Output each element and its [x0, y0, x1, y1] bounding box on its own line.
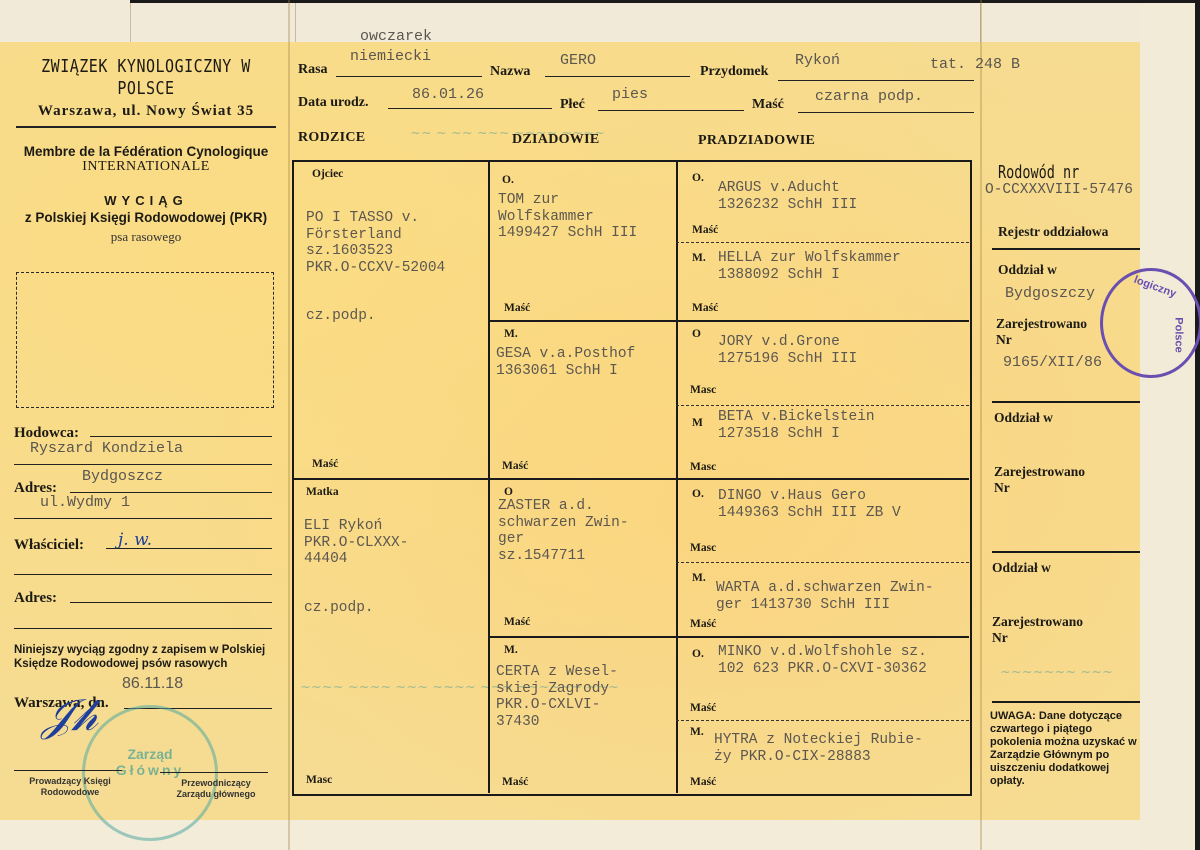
field-line	[106, 548, 272, 549]
color-label: Maść	[690, 702, 716, 714]
divider	[992, 551, 1140, 553]
field-line	[778, 80, 974, 81]
color-value: czarna podp.	[815, 88, 923, 105]
pedigree-cell-dam-sire: O ZASTER a.d. schwarzen Zwin- ger sz.154…	[490, 478, 676, 636]
cell-label: Ojciec	[312, 168, 343, 180]
color-label: Maść	[692, 224, 718, 236]
cell-label: O.	[692, 648, 704, 660]
pedigree-cell-dss: O. DINGO v.Haus Gero 1449363 SchH III ZB…	[678, 480, 969, 562]
color-label: Maść	[752, 97, 784, 113]
branch1-value: Bydgoszczy	[1005, 285, 1095, 302]
great-grandparent-name: ARGUS v.Aducht 1326232 SchH III	[718, 180, 857, 213]
pedigree-cell-sire: Ojciec PO I TASSO v. Försterland sz.1603…	[294, 162, 488, 478]
dam-name: ELI Rykoń PKR.O-CLXXX- 44404	[304, 518, 408, 568]
cell-label: M.	[504, 644, 518, 656]
registered3-label: Zarejestrowano	[992, 614, 1083, 630]
faint-handwriting: ~~~~~~~ ~~~	[1000, 665, 1113, 680]
pedigree-table: Ojciec PO I TASSO v. Försterland sz.1603…	[292, 160, 972, 796]
cell-label: M	[692, 417, 703, 429]
nr1-value: 9165/XII/86	[1003, 354, 1102, 371]
divider	[992, 401, 1140, 403]
pedigree-cell-ssd: M. HELLA zur Wolfskammer 1388092 SchH I …	[678, 242, 969, 320]
great-grandparent-name: WARTA a.d.schwarzen Zwin- ger 1413730 Sc…	[716, 580, 934, 613]
field-line	[14, 628, 272, 629]
kennel-value: Rykoń	[795, 52, 840, 69]
nr3-label: Nr	[992, 630, 1008, 646]
registered2-label: Zarejestrowano	[994, 464, 1085, 480]
field-line	[798, 112, 974, 113]
field-line	[90, 436, 272, 437]
pedigree-cell-dam: Matka ELI Rykoń PKR.O-CLXXX- 44404 cz.po…	[294, 478, 488, 794]
organization-name: ZWIĄZEK KYNOLOGICZNY W POLSCE	[10, 55, 282, 98]
grandparent-name: ZASTER a.d. schwarzen Zwin- ger sz.15477…	[498, 498, 629, 564]
color-label: Maść	[504, 302, 530, 314]
divider	[992, 248, 1140, 250]
color-label: Masc	[690, 542, 716, 554]
left-panel: ZWIĄZEK KYNOLOGICZNY W POLSCE Warszawa, …	[10, 55, 282, 245]
breed-label: Rasa	[298, 62, 328, 78]
stamp-text: logiczny	[1132, 274, 1177, 300]
color-label: Maść	[504, 616, 530, 628]
grid-line	[676, 720, 969, 721]
pedigree-cell-sss: O. ARGUS v.Aducht 1326232 SchH III Maść	[678, 162, 969, 242]
pedigree-cell-dam-dam: M. CERTA z Wesel- skiej Zagrody PKR.O-CX…	[490, 636, 676, 794]
owner-label: Właściciel:	[14, 537, 84, 554]
branch-register-label: Rejestr oddziałowa	[998, 224, 1108, 240]
stamp-text: Polsce	[1173, 317, 1185, 352]
field-line	[70, 602, 272, 603]
branch2-label: Oddział w	[994, 410, 1053, 426]
breed-value-2: niemiecki	[350, 48, 431, 65]
field-line	[336, 76, 482, 77]
branch3-label: Oddział w	[992, 560, 1051, 576]
pedigree-number-value: O-CCXXXVIII-57476	[985, 182, 1133, 198]
pedigree-cell-sire-sire: O. TOM zur Wolfskammer 1499427 SchH III …	[490, 162, 676, 320]
address-city: Bydgoszcz	[82, 468, 163, 485]
fci-line-1: Membre de la Fédération Cynologique	[10, 144, 282, 159]
purple-branch-stamp: logiczny Polsce	[1100, 268, 1200, 378]
signature-line	[160, 772, 268, 773]
great-grandparent-name: HYTRA z Noteckiej Rubie- ży PKR.O-CIX-28…	[714, 732, 923, 765]
breed-value-1: owczarek	[360, 28, 432, 45]
breeder-value: Ryszard Kondziela	[30, 440, 183, 457]
color-label: Masc	[690, 461, 716, 473]
cell-label: M.	[692, 252, 706, 264]
color-label: Masc	[306, 774, 332, 786]
uwaga-note: UWAGA: Dane dotyczące czwartego i piąteg…	[990, 710, 1140, 788]
cell-label: O	[692, 328, 701, 340]
cell-label: O.	[502, 174, 514, 186]
fci-line-2: INTERNATIONALE	[10, 159, 282, 175]
fold-line	[980, 0, 982, 850]
cell-label: O.	[692, 172, 704, 184]
pedigree-cell-sdd: M BETA v.Bickelstein 1273518 SchH I Masc	[678, 405, 969, 478]
kennel-label: Przydomek	[700, 64, 768, 80]
pedigree-cell-dsd: M. WARTA a.d.schwarzen Zwin- ger 1413730…	[678, 562, 969, 636]
sire-name: PO I TASSO v. Försterland sz.1603523 PKR…	[306, 210, 445, 276]
great-grandparent-name: DINGO v.Haus Gero 1449363 SchH III ZB V	[718, 488, 901, 521]
tattoo-value: tat. 248 B	[930, 56, 1020, 73]
branch1-label: Oddział w	[998, 262, 1057, 278]
field-line	[598, 110, 744, 111]
stamp-text: Zarząd	[85, 746, 215, 762]
great-grandparent-name: HELLA zur Wolfskammer 1388092 SchH I	[718, 250, 901, 283]
green-stamp: Zarząd Główny	[82, 705, 218, 841]
issue-date: 86.11.18	[122, 675, 183, 693]
sire-color: cz.podp.	[306, 308, 376, 325]
great-grandparent-name: BETA v.Bickelstein 1273518 SchH I	[718, 409, 875, 442]
name-label: Nazwa	[490, 64, 530, 80]
divider	[992, 701, 1140, 703]
organization-address: Warszawa, ul. Nowy Świat 35	[10, 103, 282, 120]
field-line	[388, 108, 552, 109]
field-line	[545, 76, 690, 77]
right-unprinted-strip	[1140, 0, 1200, 850]
cell-label: M.	[692, 572, 706, 584]
color-label: Maść	[502, 460, 528, 472]
cell-label: M.	[690, 726, 704, 738]
scan-edge-right	[1195, 0, 1200, 850]
owner-address-label: Adres:	[14, 590, 57, 607]
grandparent-name: TOM zur Wolfskammer 1499427 SchH III	[498, 192, 637, 242]
signature-line	[14, 770, 122, 771]
faint-handwriting: ~~ ~ ~~ ~~~ ~~~~ ~~~~	[410, 126, 605, 141]
pedigree-cell-ddd: M. HYTRA z Noteckiej Rubie- ży PKR.O-CIX…	[678, 722, 969, 794]
conformity-note: Niniejszy wyciąg zgodny z zapisem w Pols…	[14, 643, 276, 671]
sex-value: pies	[612, 86, 648, 103]
document-subtitle: z Polskiej Księgi Rodowodowej (PKR)	[10, 210, 282, 225]
signature-right-label: Przewodniczący Zarządu głównego	[166, 778, 266, 800]
pedigree-cell-dds: O. MINKO v.d.Wolfshohle sz. 102 623 PKR.…	[678, 638, 969, 720]
section-great-grandparents: PRADZIADOWIE	[698, 133, 815, 149]
color-label: Maść	[690, 776, 716, 788]
pedigree-cell-sire-dam: M. GESA v.a.Posthof 1363061 SchH I Maść	[490, 320, 676, 478]
field-line	[14, 574, 272, 575]
name-value: GERO	[560, 52, 596, 69]
dam-color: cz.podp.	[304, 600, 374, 617]
photo-placeholder-box	[16, 272, 274, 408]
field-line	[70, 492, 272, 493]
field-line	[14, 518, 272, 519]
top-unprinted-strip	[0, 0, 1200, 42]
nr1-label: Nr	[996, 332, 1012, 348]
signature-left-label: Prowadzący Księgi Rodowodowe	[20, 776, 120, 798]
color-label: Masc	[690, 384, 716, 396]
cell-label: Matka	[306, 486, 339, 498]
section-parents: RODZICE	[298, 130, 365, 146]
owner-value: j. w.	[118, 530, 152, 550]
great-grandparent-name: MINKO v.d.Wolfshohle sz. 102 623 PKR.O-C…	[718, 644, 927, 677]
great-grandparent-name: JORY v.d.Grone 1275196 SchH III	[718, 334, 857, 367]
nr2-label: Nr	[994, 480, 1010, 496]
divider	[16, 126, 276, 128]
cell-label: O.	[692, 488, 704, 500]
signature-scribble: 𝒥𝒽	[42, 690, 98, 741]
document-subtitle-2: psa rasowego	[10, 229, 282, 245]
document-title: WYCIĄG	[10, 193, 282, 208]
color-label: Maść	[312, 458, 338, 470]
dob-label: Data urodz.	[298, 95, 369, 111]
scan-edge-top	[130, 0, 1200, 3]
color-label: Maść	[692, 302, 718, 314]
dob-value: 86.01.26	[412, 86, 484, 103]
address-street: ul.Wydmy 1	[40, 494, 130, 511]
field-line	[14, 464, 272, 465]
color-label: Maść	[502, 776, 528, 788]
fold-line	[288, 0, 290, 850]
pedigree-number-label: Rodowód nr	[998, 163, 1079, 184]
grandparent-name: GESA v.a.Posthof 1363061 SchH I	[496, 346, 635, 379]
cell-label: O	[504, 486, 513, 498]
registered1-label: Zarejestrowano	[996, 316, 1087, 332]
color-label: Maść	[690, 618, 716, 630]
cell-label: M.	[504, 328, 518, 340]
pedigree-cell-sds: O JORY v.d.Grone 1275196 SchH III Masc	[678, 322, 969, 405]
grandparent-name: CERTA z Wesel- skiej Zagrody PKR.O-CXLVI…	[496, 664, 618, 730]
sex-label: Płeć	[560, 97, 585, 113]
